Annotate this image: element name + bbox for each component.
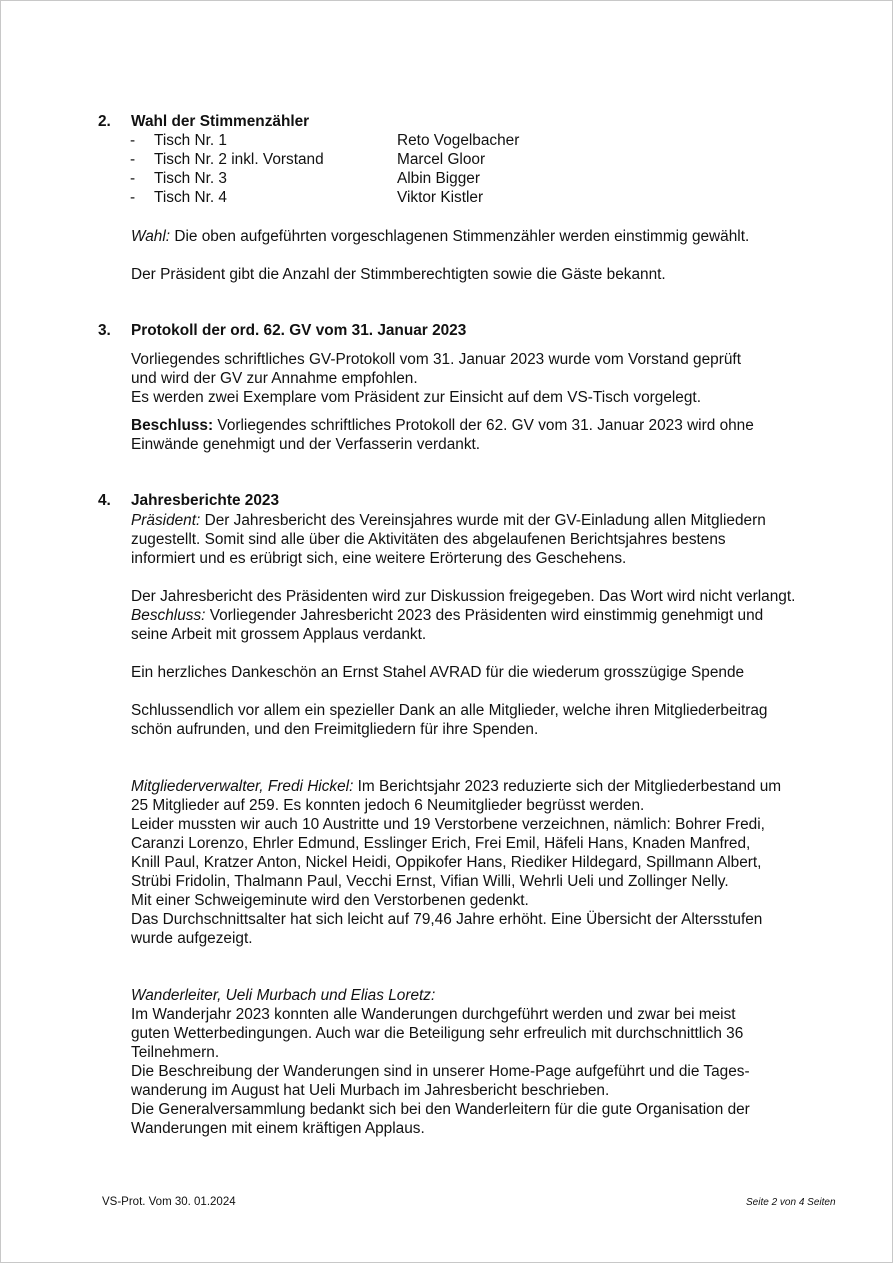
section-4-number: 4. [98, 492, 111, 510]
protokoll-line: und wird der GV zur Annahme empfohlen. [131, 369, 418, 388]
praesident-label: Präsident: [131, 512, 200, 529]
beschluss-label: Beschluss: [131, 607, 205, 624]
wander-line: Teilnehmern. [131, 1043, 219, 1062]
protokoll-line: Vorliegendes schriftliches GV-Protokoll … [131, 350, 741, 369]
table-label: Tisch Nr. 1 [154, 132, 227, 150]
footer-document-ref: VS-Prot. Vom 30. 01.2024 [102, 1196, 236, 1208]
list-dash: - [130, 189, 135, 207]
wander-label: Wanderleiter, Ueli Murbach und Elias Lor… [131, 986, 435, 1005]
wander-label-text: Wanderleiter, Ueli Murbach und Elias Lor… [131, 987, 435, 1004]
mitglieder-line: Knill Paul, Kratzer Anton, Nickel Heidi,… [131, 853, 761, 872]
list-dash: - [130, 132, 135, 150]
mitglieder-line: Caranzi Lorenzo, Ehrler Edmund, Esslinge… [131, 834, 750, 853]
wander-line: Die Beschreibung der Wanderungen sind in… [131, 1062, 750, 1081]
protokoll-line: Es werden zwei Exemplare vom Präsident z… [131, 388, 701, 407]
diskussion-line: Der Jahresbericht des Präsidenten wird z… [131, 587, 795, 606]
dank2-line: schön aufrunden, und den Freimitgliedern… [131, 720, 538, 739]
beschluss-text: Vorliegender Jahresbericht 2023 des Präs… [205, 607, 763, 624]
praesident-paragraph: Präsident: Der Jahresbericht des Vereins… [131, 511, 766, 530]
mitglieder-line: Leider mussten wir auch 10 Austritte und… [131, 815, 765, 834]
wander-line: guten Wetterbedingungen. Auch war die Be… [131, 1024, 743, 1043]
mitglieder-label: Mitgliederverwalter, Fredi Hickel: [131, 778, 353, 795]
beschluss-line: seine Arbeit mit grossem Applaus verdank… [131, 625, 426, 644]
section-3-title: Protokoll der ord. 62. GV vom 31. Januar… [131, 322, 466, 340]
table-label: Tisch Nr. 2 inkl. Vorstand [154, 151, 324, 169]
announce-paragraph: Der Präsident gibt die Anzahl der Stimmb… [131, 265, 666, 284]
counter-name: Albin Bigger [397, 170, 480, 188]
section-4-title: Jahresberichte 2023 [131, 492, 279, 510]
counter-name: Marcel Gloor [397, 151, 485, 169]
mitglieder-line: Strübi Fridolin, Thalmann Paul, Vecchi E… [131, 872, 729, 891]
mitglieder-line: wurde aufgezeigt. [131, 929, 253, 948]
counter-name: Reto Vogelbacher [397, 132, 519, 150]
beschluss-paragraph: Beschluss: Vorliegendes schriftliches Pr… [131, 416, 754, 435]
mitglieder-line: 25 Mitglieder auf 259. Es konnten jedoch… [131, 796, 644, 815]
section-2-number: 2. [98, 113, 111, 131]
wander-line: Wanderungen mit einem kräftigen Applaus. [131, 1119, 425, 1138]
praesident-text: Der Jahresbericht des Vereinsjahres wurd… [200, 512, 765, 529]
beschluss-label: Beschluss: [131, 417, 213, 434]
dank-line: Ein herzliches Dankeschön an Ernst Stahe… [131, 663, 744, 682]
wahl-paragraph: Wahl: Die oben aufgeführten vorgeschlage… [131, 227, 749, 246]
section-2-title: Wahl der Stimmenzähler [131, 113, 309, 131]
table-label: Tisch Nr. 4 [154, 189, 227, 207]
wander-line: Die Generalversammlung bedankt sich bei … [131, 1100, 750, 1119]
document-page: 2. Wahl der Stimmenzähler - Tisch Nr. 1 … [0, 0, 893, 1263]
section-3-number: 3. [98, 322, 111, 340]
mitglieder-paragraph: Mitgliederverwalter, Fredi Hickel: Im Be… [131, 777, 781, 796]
wahl-label: Wahl: [131, 228, 170, 245]
praesident-line: informiert und es erübrigt sich, eine we… [131, 549, 626, 568]
beschluss-paragraph: Beschluss: Vorliegender Jahresbericht 20… [131, 606, 763, 625]
list-dash: - [130, 151, 135, 169]
mitglieder-line: Mit einer Schweigeminute wird den Versto… [131, 891, 529, 910]
mitglieder-text: Im Berichtsjahr 2023 reduzierte sich der… [353, 778, 781, 795]
wander-line: Im Wanderjahr 2023 konnten alle Wanderun… [131, 1005, 736, 1024]
list-dash: - [130, 170, 135, 188]
wander-line: wanderung im August hat Ueli Murbach im … [131, 1081, 609, 1100]
beschluss-line: Einwände genehmigt und der Verfasserin v… [131, 435, 480, 454]
mitglieder-line: Das Durchschnittsalter hat sich leicht a… [131, 910, 762, 929]
wahl-text: Die oben aufgeführten vorgeschlagenen St… [170, 228, 749, 245]
dank2-line: Schlussendlich vor allem ein spezieller … [131, 701, 767, 720]
footer-page-number: Seite 2 von 4 Seiten [746, 1197, 836, 1208]
beschluss-text: Vorliegendes schriftliches Protokoll der… [213, 417, 754, 434]
table-label: Tisch Nr. 3 [154, 170, 227, 188]
praesident-line: zugestellt. Somit sind alle über die Akt… [131, 530, 726, 549]
counter-name: Viktor Kistler [397, 189, 483, 207]
